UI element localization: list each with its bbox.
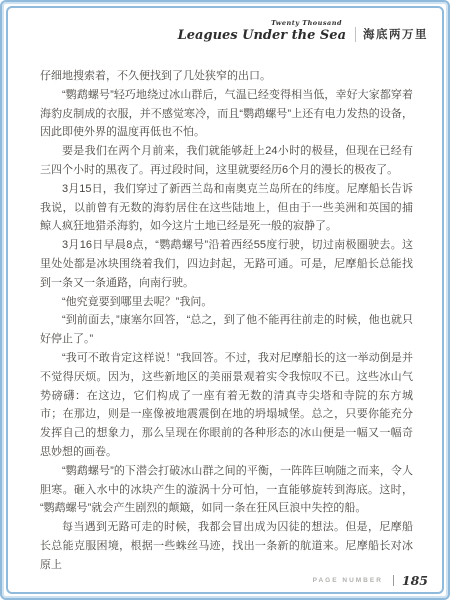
page-number-value: 185 [402, 573, 428, 588]
title-chinese: 海底两万里 [363, 26, 428, 43]
title-english: Twenty Thousand Leagues Under the Sea [178, 19, 346, 43]
paragraph: 要是我们在两个月前来，我们就能够赶上24小时的极昼，但现在已经有三四个小时的黑夜… [40, 142, 413, 180]
paragraph: “我可不敢肯定这样说！”我回答。不过，我对尼摩船长的这一举动倒是并不觉得厌烦。因… [40, 349, 413, 462]
footer-divider [393, 575, 394, 586]
paragraph: “他究竟要到哪里去呢？”我问。 [40, 293, 413, 312]
page-body: 仔细地搜索着，不久便找到了几处狭窄的出口。 “鹦鹉螺号”轻巧地绕过冰山群后，气温… [40, 67, 413, 575]
paragraph: 每当遇到无路可走的时候，我都会冒出成为囚徒的想法。但是，尼摩船长总能克服困境，根… [40, 518, 413, 574]
title-english-main: Leagues Under the Sea [178, 28, 346, 43]
paragraph: 3月16日早晨8点，“鹦鹉螺号”沿着西经55度行驶，切过南极圈驶去。这里处处都是… [40, 236, 413, 292]
title-english-small: Twenty Thousand [271, 19, 342, 27]
paragraph: “到前面去，”康塞尔回答，“总之，到了他不能再往前走的时候，他也就只好停止了。” [40, 311, 413, 349]
book-header: Twenty Thousand Leagues Under the Sea 海底… [178, 19, 428, 43]
paragraph: “鹦鹉螺号”的下潜会打破冰山群之间的平衡，一阵阵巨响随之而来，令人胆寒。砸入水中… [40, 462, 413, 518]
paragraph: 3月15日，我们穿过了新西兰岛和南奥克兰岛所在的纬度。尼摩船长告诉我说，以前曾有… [40, 180, 413, 236]
page-footer: PAGE NUMBER 185 [313, 573, 428, 588]
paragraph: 仔细地搜索着，不久便找到了几处狭窄的出口。 [40, 67, 413, 86]
header-divider [355, 27, 356, 42]
paragraph: “鹦鹉螺号”轻巧地绕过冰山群后，气温已经变得相当低，幸好大家都穿着海豹皮制成的衣… [40, 86, 413, 142]
page-number-label: PAGE NUMBER [313, 577, 383, 584]
